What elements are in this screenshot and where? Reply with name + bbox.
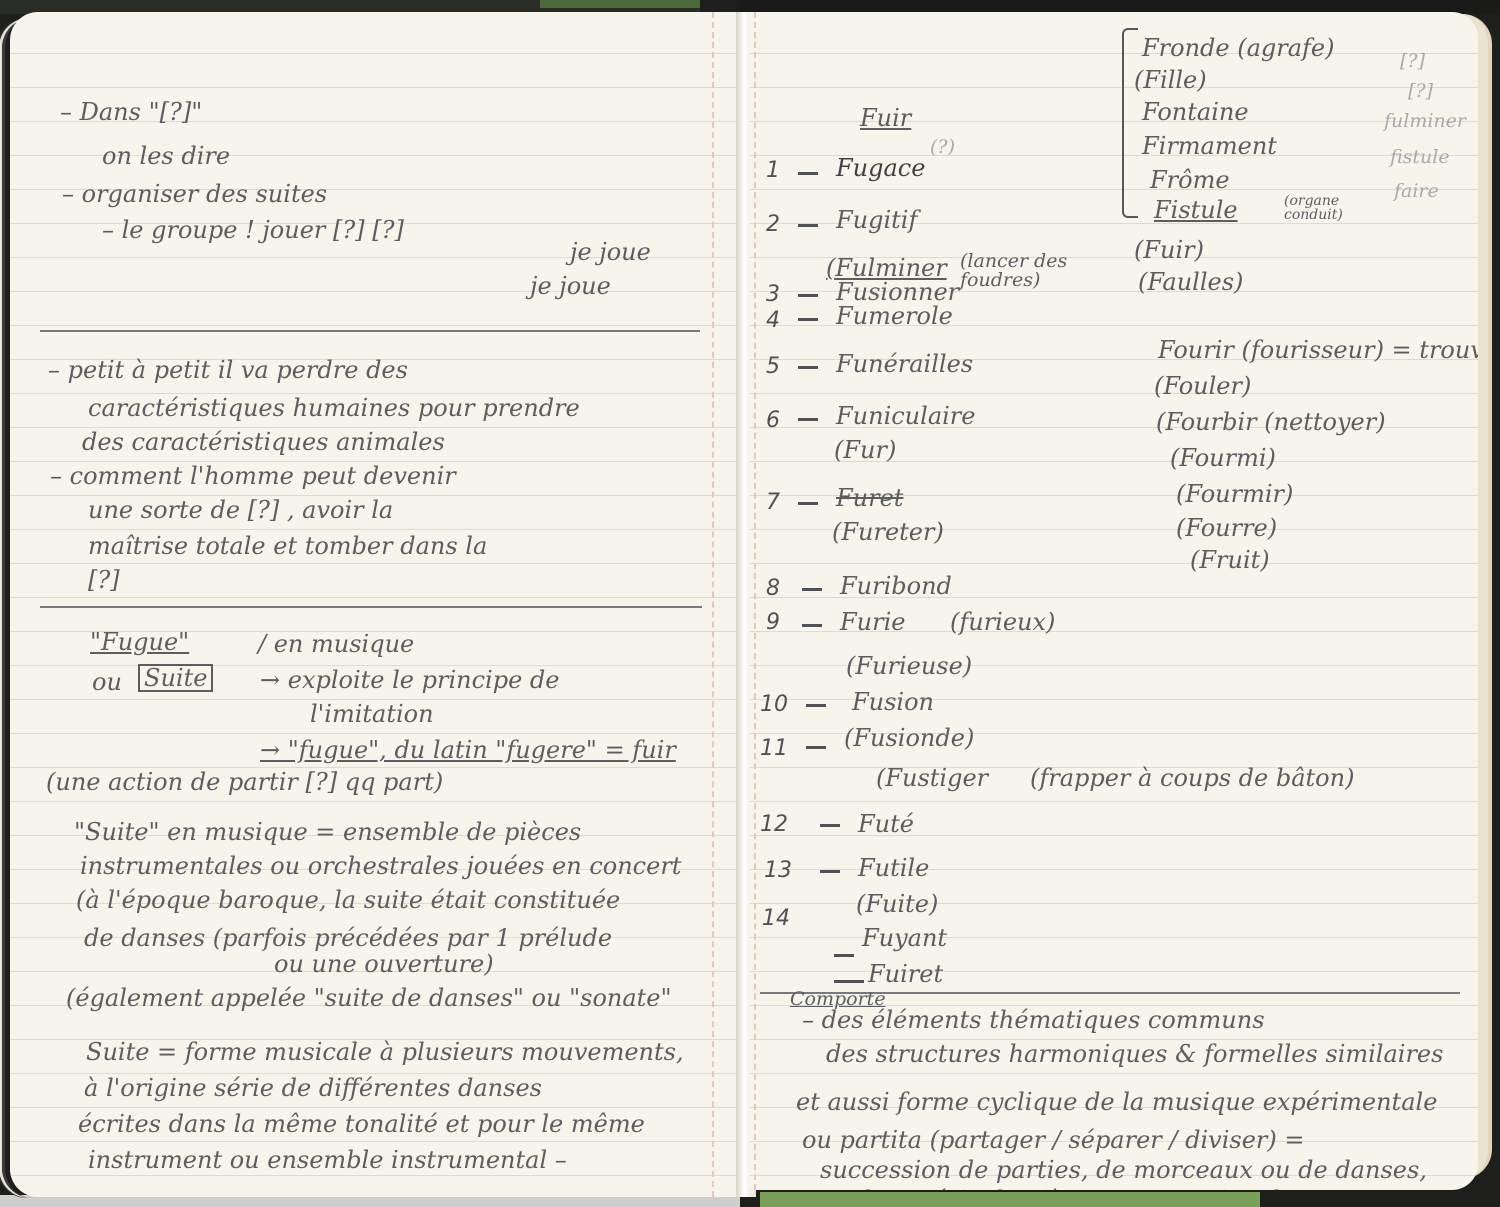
item-number: 10: [760, 692, 788, 717]
item-number: 7: [766, 490, 780, 515]
handwritten-line: – Dans "[?]": [60, 100, 202, 124]
bracket: [1122, 28, 1138, 218]
list-note: (furieux): [950, 610, 1055, 634]
group-word: (Fourmi): [1170, 446, 1276, 470]
handwritten-line: ordre / série de pièces / succession de …: [830, 1188, 1456, 1190]
group-word: Fontaine: [1142, 100, 1249, 124]
list-word: (Fur): [834, 438, 896, 462]
list-note: (frapper à coups de bâton): [1030, 766, 1354, 790]
handwritten-line: / en musique: [258, 632, 414, 656]
handwritten-line: "Suite" en musique = ensemble de pièces: [74, 820, 581, 844]
dash: [820, 870, 840, 873]
item-number: 12: [760, 812, 788, 837]
handwritten-line: je joue: [530, 274, 611, 298]
handwritten-line: – petit à petit il va perdre des: [48, 358, 408, 382]
list-word: (Furieuse): [846, 654, 972, 678]
section-divider: [40, 606, 702, 608]
faint-note: [?]: [1408, 82, 1433, 101]
group-word: Firmament: [1142, 134, 1277, 158]
item-number: 5: [766, 354, 780, 379]
group-note: (organe conduit): [1284, 194, 1374, 222]
handwritten-line: de danses (parfois précédées par 1 prélu…: [84, 926, 612, 950]
group-word: Fronde (agrafe): [1142, 36, 1335, 60]
list-word: Fusion: [852, 690, 934, 714]
handwritten-line: des caractéristiques animales: [82, 430, 445, 454]
dash: [806, 746, 826, 749]
list-word: (Fusionde): [844, 726, 974, 750]
group-word: (Fourre): [1176, 516, 1277, 540]
handwritten-line: succession de parties, de morceaux ou de…: [820, 1158, 1427, 1182]
list-header-fuir: Fuir: [860, 106, 911, 130]
group-word: Fourir (fourisseur) = trouver: [1158, 338, 1478, 362]
handwritten-line: (une action de partir [?] qq part): [46, 770, 443, 794]
dash: [798, 502, 818, 505]
item-number: 1: [766, 158, 780, 183]
handwritten-line: on les dire: [102, 144, 230, 168]
list-word: Fusionner: [836, 280, 959, 304]
handwritten-line: des structures harmoniques & formelles s…: [826, 1042, 1443, 1066]
group-word: (Fourbir (nettoyer): [1156, 410, 1386, 434]
handwritten-line: caractéristiques humaines pour prendre: [88, 396, 580, 420]
list-word: (Fustiger: [876, 766, 988, 790]
notebook-page-right: Fuir (?) 1 Fugace 2 Fugitif (Fulminer (l…: [750, 12, 1478, 1190]
handwritten-line: écrites dans la même tonalité et pour le…: [78, 1112, 645, 1136]
notebook-page-left: – Dans "[?]" on les dire – organiser des…: [10, 12, 746, 1197]
faint-note: fulminer: [1384, 112, 1466, 131]
dash: [798, 366, 818, 369]
dash: [802, 624, 822, 627]
list-word: Futile: [858, 856, 929, 880]
handwritten-line: (à l'époque baroque, la suite était cons…: [76, 888, 620, 912]
handwritten-line: maîtrise totale et tomber dans la: [88, 534, 487, 558]
handwritten-line: une sorte de [?] , avoir la: [88, 498, 393, 522]
list-header-note: (?): [930, 138, 955, 157]
dash: [806, 704, 826, 707]
handwritten-line: → exploite le principe de: [260, 668, 559, 692]
handwritten-line: et aussi forme cyclique de la musique ex…: [796, 1090, 1437, 1114]
section-divider: [40, 330, 700, 332]
cover-edge-green: [540, 0, 700, 8]
faint-note: fistule: [1390, 148, 1450, 167]
cover-edge-bottom-green: [760, 1192, 1260, 1207]
list-word: (Fulminer: [826, 256, 947, 280]
item-number: 9: [766, 610, 780, 635]
handwritten-line: ou partita (partager / séparer / diviser…: [802, 1128, 1304, 1152]
group-word: (Fille): [1134, 68, 1207, 92]
dash: [798, 172, 818, 175]
term-fugue: "Fugue": [90, 630, 189, 654]
handwritten-line: (également appelée "suite de danses" ou …: [66, 986, 672, 1010]
faint-note: faire: [1394, 182, 1439, 201]
list-word-crossed: Furet: [836, 486, 903, 510]
group-word: Frôme: [1150, 168, 1230, 192]
handwritten-line: Suite = forme musicale à plusieurs mouve…: [86, 1040, 684, 1064]
dash: [834, 954, 854, 957]
dash: [798, 418, 818, 421]
handwritten-line: – le groupe ! jouer [?] [?]: [102, 218, 404, 242]
dash: [820, 824, 840, 827]
handwritten-line: ou: [92, 670, 122, 694]
faint-note: [?]: [1400, 52, 1425, 71]
group-word: Fistule: [1154, 198, 1238, 222]
list-word: Fugace: [836, 156, 925, 180]
group-word: (Faulles): [1138, 270, 1243, 294]
list-word: (Fureter): [832, 520, 944, 544]
list-word: Fuyant: [862, 926, 947, 950]
list-word: Fumerole: [836, 304, 953, 328]
item-number: 11: [760, 736, 788, 761]
item-number: 8: [766, 576, 780, 601]
handwritten-line: – comment l'homme peut devenir: [50, 464, 456, 488]
term-suite-boxed: Suite: [138, 664, 213, 692]
handwritten-line: je joue: [570, 240, 651, 264]
item-number: 13: [764, 858, 792, 883]
list-word: (Fuite): [856, 892, 938, 916]
handwritten-line: → "fugue", du latin "fugere" = fuir: [260, 738, 676, 762]
item-number: 6: [766, 408, 780, 433]
dash: [834, 980, 864, 983]
list-word: Funiculaire: [836, 404, 975, 428]
handwritten-line: instrumentales ou orchestrales jouées en…: [80, 854, 681, 878]
handwritten-line: à l'origine série de différentes danses: [84, 1076, 542, 1100]
list-word: Furibond: [840, 574, 952, 598]
list-note: (lancer des foudres): [960, 252, 1120, 290]
dash: [798, 318, 818, 321]
list-word: Futé: [858, 812, 914, 836]
group-word: (Fuir): [1134, 238, 1204, 262]
list-word: Fuiret: [868, 962, 943, 986]
handwritten-line: instrument ou ensemble instrumental –: [88, 1148, 567, 1172]
handwritten-line: [?]: [88, 568, 120, 592]
item-number: 3: [766, 282, 780, 307]
dash: [798, 294, 818, 297]
group-word: (Fouler): [1154, 374, 1251, 398]
group-word: (Fruit): [1190, 548, 1270, 572]
handwritten-line: l'imitation: [310, 702, 434, 726]
handwritten-line: ou une ouverture): [274, 952, 494, 976]
list-word: Funérailles: [836, 352, 973, 376]
handwritten-line: – organiser des suites: [62, 182, 327, 206]
list-word: Furie: [840, 610, 905, 634]
list-word: Fugitif: [836, 208, 917, 232]
item-number: 2: [766, 212, 780, 237]
item-number: 14: [762, 906, 790, 931]
group-word: (Fourmir): [1176, 482, 1293, 506]
item-number: 4: [766, 308, 780, 333]
dash: [802, 588, 822, 591]
handwritten-line: – des éléments thématiques communs: [802, 1008, 1265, 1032]
dash: [798, 224, 818, 227]
